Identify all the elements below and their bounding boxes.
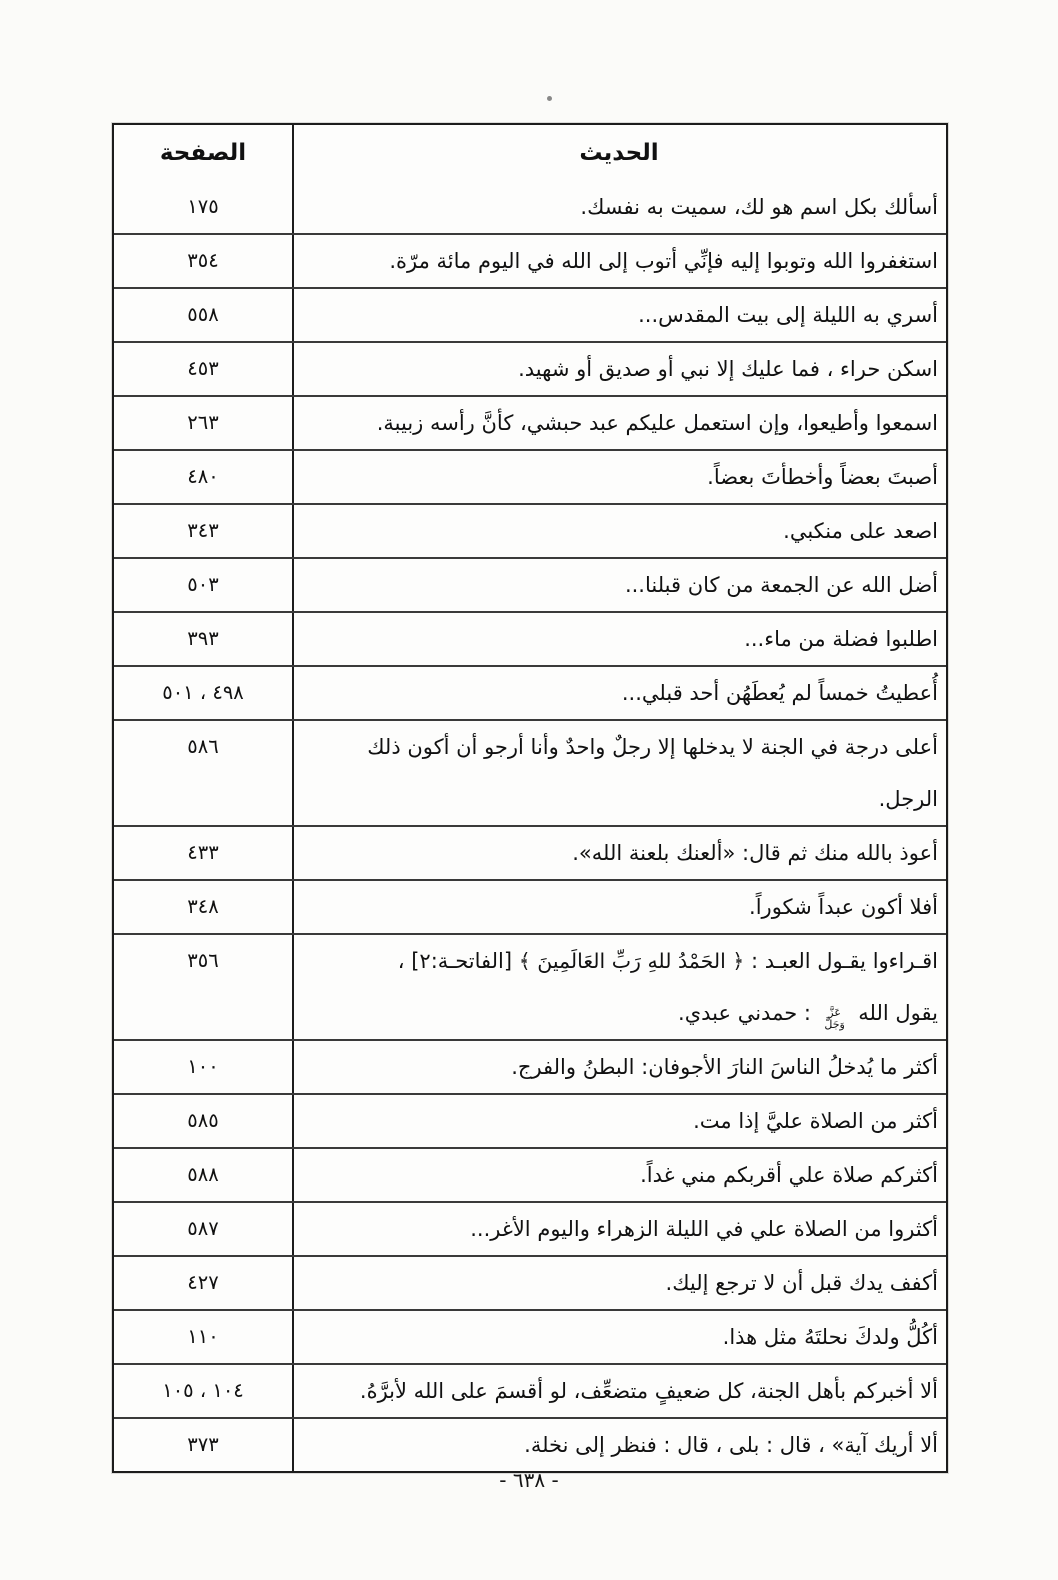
page-number: ٣٥٤ xyxy=(114,235,292,287)
table-row: ألا أخبركم بأهل الجنة، كل ضعيفٍ متضعِّف،… xyxy=(114,1363,946,1417)
page-number: ١٧٥ xyxy=(114,181,292,233)
table-row: أفلا أكون عبداً شكوراً.٣٤٨ xyxy=(114,879,946,933)
footer-page-number: - ٦٣٨ - xyxy=(0,1468,1058,1492)
hadith-text: ألا أخبركم بأهل الجنة، كل ضعيفٍ متضعِّف،… xyxy=(292,1365,946,1417)
table-row: أصبتَ بعضاً وأخطأتَ بعضاً.٤٨٠ xyxy=(114,449,946,503)
table-header-row: الحديث الصفحة xyxy=(114,125,946,181)
page-number: ٢٦٣ xyxy=(114,397,292,449)
table-row: أكثر من الصلاة عليَّ إذا مت.٥٨٥ xyxy=(114,1093,946,1147)
hadith-text: أفلا أكون عبداً شكوراً. xyxy=(292,881,946,933)
table-row: اصعد على منكبي.٣٤٣ xyxy=(114,503,946,557)
hadith-text: أكثروا من الصلاة علي في الليلة الزهراء و… xyxy=(292,1203,946,1255)
hadith-index-table: الحديث الصفحة أسألك بكل اسم هو لك، سميت … xyxy=(112,123,948,1473)
hadith-text: اسكن حراء ، فما عليك إلا نبي أو صديق أو … xyxy=(292,343,946,395)
page-number: ٤٣٣ xyxy=(114,827,292,879)
hadith-text: ألا أريك آية» ، قال : بلى ، قال : فنظر إ… xyxy=(292,1419,946,1471)
hadith-text: أكثر ما يُدخلُ الناسَ النارَ الأجوفان: ا… xyxy=(292,1041,946,1093)
page-number: ٤٨٠ xyxy=(114,451,292,503)
hadith-text: اسمعوا وأطيعوا، وإن استعمل عليكم عبد حبش… xyxy=(292,397,946,449)
page-number: ٤٩٨ ، ٥٠١ xyxy=(114,667,292,719)
page-number: ١٠٠ xyxy=(114,1041,292,1093)
table-row: أعلى درجة في الجنة لا يدخلها إلا رجلٌ وا… xyxy=(114,719,946,825)
hadith-text: أضل الله عن الجمعة من كان قبلنا... xyxy=(292,559,946,611)
table-row: أسري به الليلة إلى بيت المقدس...٥٥٨ xyxy=(114,287,946,341)
page-number: ٣٧٣ xyxy=(114,1419,292,1471)
page-number: ٣٩٣ xyxy=(114,613,292,665)
book-index-page: الحديث الصفحة أسألك بكل اسم هو لك، سميت … xyxy=(0,0,1058,1580)
quran-verse: ﴿ الحَمْدُ للهِ رَبِّ العَالَمِينَ ﴾ xyxy=(519,949,745,973)
hadith-text: اطلبوا فضلة من ماء... xyxy=(292,613,946,665)
page-number: ٣٤٨ xyxy=(114,881,292,933)
page-number: ٤٢٧ xyxy=(114,1257,292,1309)
table-row: أُعطيتُ خمساً لم يُعطَهُن أحد قبلي...٤٩٨… xyxy=(114,665,946,719)
page-number: ٣٥٦ xyxy=(114,935,292,1039)
azza-wa-jall-mark: عَزَّ وَجَلَّ xyxy=(818,1007,852,1031)
hadith-text: أسألك بكل اسم هو لك، سميت به نفسك. xyxy=(292,181,946,233)
page-number: ٥٨٦ xyxy=(114,721,292,825)
table-row: أعوذ بالله منك ثم قال: «ألعنك بلعنة الله… xyxy=(114,825,946,879)
table-row: أكُلُّ ولدكَ نحلتَهُ مثل هذا.١١٠ xyxy=(114,1309,946,1363)
page-number: ٤٥٣ xyxy=(114,343,292,395)
table-row: اسكن حراء ، فما عليك إلا نبي أو صديق أو … xyxy=(114,341,946,395)
table-row: اقـراءوا يقـول العبـد : ﴿ الحَمْدُ للهِ … xyxy=(114,933,946,1039)
table-row: ألا أريك آية» ، قال : بلى ، قال : فنظر إ… xyxy=(114,1417,946,1471)
hadith-text: استغفروا الله وتوبوا إليه فإنِّي أتوب إل… xyxy=(292,235,946,287)
hadith-text: أكفف يدك قبل أن لا ترجع إليك. xyxy=(292,1257,946,1309)
hadith-column-header: الحديث xyxy=(292,125,946,181)
table-body: أسألك بكل اسم هو لك، سميت به نفسك.١٧٥است… xyxy=(114,181,946,1471)
page-number: ٣٤٣ xyxy=(114,505,292,557)
table-row: أكثر ما يُدخلُ الناسَ النارَ الأجوفان: ا… xyxy=(114,1039,946,1093)
hadith-text: أعوذ بالله منك ثم قال: «ألعنك بلعنة الله… xyxy=(292,827,946,879)
table-row: أضل الله عن الجمعة من كان قبلنا...٥٠٣ xyxy=(114,557,946,611)
hadith-text: أكثر من الصلاة عليَّ إذا مت. xyxy=(292,1095,946,1147)
page-number: ٥٨٨ xyxy=(114,1149,292,1201)
hadith-text: أسري به الليلة إلى بيت المقدس... xyxy=(292,289,946,341)
hadith-text: أُعطيتُ خمساً لم يُعطَهُن أحد قبلي... xyxy=(292,667,946,719)
table-row: أسألك بكل اسم هو لك، سميت به نفسك.١٧٥ xyxy=(114,181,946,233)
page-number: ١١٠ xyxy=(114,1311,292,1363)
page-number: ٥٠٣ xyxy=(114,559,292,611)
scan-speck xyxy=(547,96,552,101)
table-row: أكفف يدك قبل أن لا ترجع إليك.٤٢٧ xyxy=(114,1255,946,1309)
hadith-text: أكُلُّ ولدكَ نحلتَهُ مثل هذا. xyxy=(292,1311,946,1363)
hadith-text: اقـراءوا يقـول العبـد : ﴿ الحَمْدُ للهِ … xyxy=(292,935,946,1039)
page-number: ٥٨٧ xyxy=(114,1203,292,1255)
page-number: ١٠٤ ، ١٠٥ xyxy=(114,1365,292,1417)
page-number: ٥٨٥ xyxy=(114,1095,292,1147)
page-number: ٥٥٨ xyxy=(114,289,292,341)
table-row: استغفروا الله وتوبوا إليه فإنِّي أتوب إل… xyxy=(114,233,946,287)
page-column-header: الصفحة xyxy=(114,125,292,181)
hadith-text: أعلى درجة في الجنة لا يدخلها إلا رجلٌ وا… xyxy=(292,721,946,825)
table-row: اسمعوا وأطيعوا، وإن استعمل عليكم عبد حبش… xyxy=(114,395,946,449)
hadith-text: أكثركم صلاة علي أقربكم مني غداً. xyxy=(292,1149,946,1201)
table-row: أكثركم صلاة علي أقربكم مني غداً.٥٨٨ xyxy=(114,1147,946,1201)
hadith-text: اصعد على منكبي. xyxy=(292,505,946,557)
table-row: اطلبوا فضلة من ماء...٣٩٣ xyxy=(114,611,946,665)
hadith-text: أصبتَ بعضاً وأخطأتَ بعضاً. xyxy=(292,451,946,503)
table-row: أكثروا من الصلاة علي في الليلة الزهراء و… xyxy=(114,1201,946,1255)
